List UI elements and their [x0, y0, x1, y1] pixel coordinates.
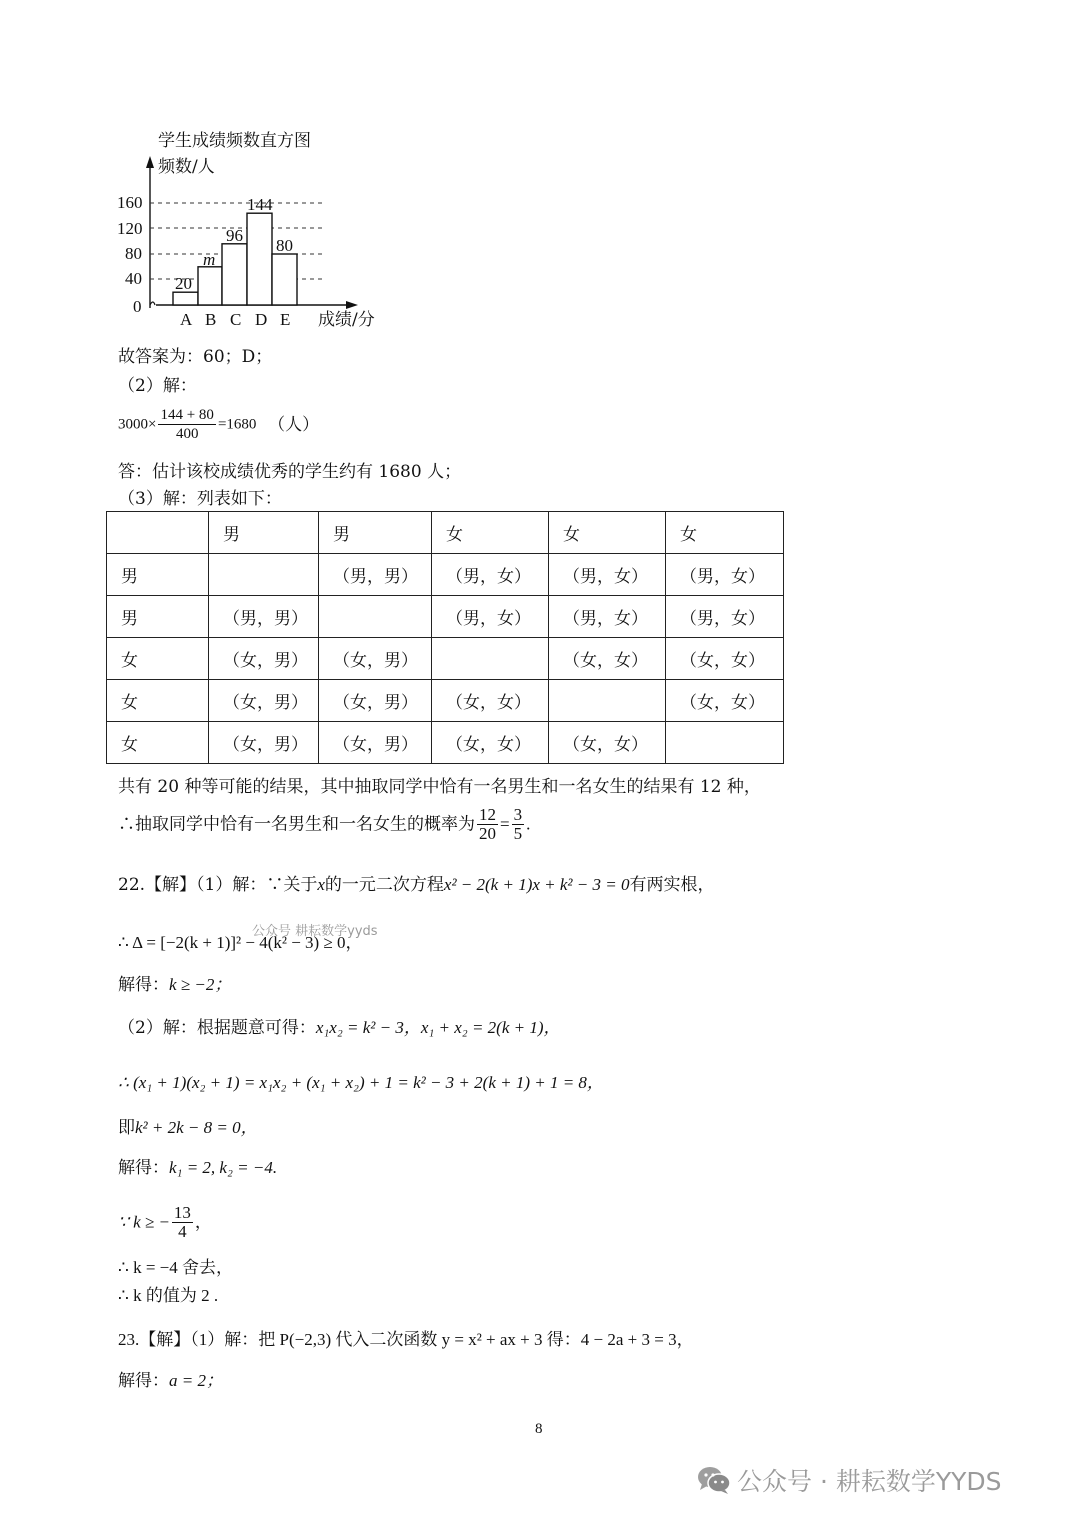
period: .: [526, 815, 530, 834]
fraction: 35: [512, 806, 525, 843]
table-cell: [432, 638, 549, 680]
x-tick-d: D: [255, 310, 267, 330]
solve-label: 解得：: [118, 1371, 169, 1391]
x-tick-b: B: [205, 310, 216, 330]
fraction: 1220: [477, 806, 498, 843]
table-header-row: 男 男 女 女 女: [107, 512, 784, 554]
y-tick-0: 0: [133, 297, 142, 317]
footer-watermark: 公众号 · 耕耘数学YYDS: [697, 1462, 1002, 1498]
x-axis-label: 成绩/分: [318, 310, 375, 330]
q23-heading: 23.【解】（1）解：把 P(−2,3) 代入二次函数 y = x² + ax …: [118, 1330, 694, 1350]
histogram-chart: [100, 150, 400, 335]
table-row: 女 （女，男） （女，男） （女，女） （女，女）: [107, 722, 784, 764]
formula-prefix: 3000×: [118, 417, 156, 433]
bar-label-a: 20: [175, 274, 192, 294]
table-row: 男 （男，男） （男，女） （男，女） （男，女）: [107, 596, 784, 638]
table-cell: 女: [432, 512, 549, 554]
fraction-numerator: 13: [172, 1204, 193, 1223]
q22-delta: ∴ Δ = [−2(k + 1)]² − 4(k² − 3) ≥ 0，: [118, 933, 363, 953]
part2-formula: 3000×144 + 80400=1680 （人）: [118, 406, 319, 443]
table-cell: [209, 554, 319, 596]
part2-conclusion: 答：估计该校成绩优秀的学生约有 1680 人；: [118, 462, 461, 482]
outcome-table: 男 男 女 女 女 男 （男，男） （男，女） （男，女） （男，女） 男 （男…: [106, 511, 784, 764]
solve-value: k ≥ −2；: [169, 975, 231, 994]
y-tick-160: 160: [117, 193, 143, 213]
table-cell: 男: [319, 512, 432, 554]
table-cell: （女，男）: [319, 680, 432, 722]
table-cell: 女: [107, 722, 209, 764]
table-cell: （男，男）: [319, 554, 432, 596]
bar-label-e: 80: [276, 236, 293, 256]
part3-probability: ∴抽取同学中恰有一名男生和一名女生的概率为1220=35.: [118, 806, 530, 843]
table-cell: （女，男）: [209, 638, 319, 680]
q22-ie: 即k² + 2k − 8 = 0，: [118, 1118, 258, 1138]
part3-label: （3）解：列表如下：: [118, 489, 282, 509]
page-number: 8: [535, 1419, 543, 1439]
table-cell: （女，女）: [432, 722, 549, 764]
part2-label: （2）解：根据题意可得：: [118, 1018, 316, 1038]
table-row: 女 （女，男） （女，男） （女，女） （女，女）: [107, 638, 784, 680]
x-tick-a: A: [180, 310, 192, 330]
q22-equation: x² − 2(k + 1)x + k² − 3 = 0: [444, 875, 630, 894]
part2-label: （2）解：: [118, 376, 197, 396]
wechat-icon: [697, 1465, 731, 1495]
solve-label: 解得：: [118, 975, 169, 995]
table-cell: [549, 680, 666, 722]
table-cell: 男: [209, 512, 319, 554]
table-row: 男 （男，男） （男，女） （男，女） （男，女）: [107, 554, 784, 596]
q22-final: ∴ k 的值为 2 .: [118, 1286, 218, 1306]
table-cell: （男，女）: [549, 596, 666, 638]
table-cell: （女，男）: [209, 722, 319, 764]
q22-heading-mid: 的一元二次方程: [325, 875, 444, 895]
fraction-numerator: 144 + 80: [158, 406, 215, 425]
q22-reject: ∴ k = −4 舍去，: [118, 1258, 233, 1278]
equals-sign: =: [500, 815, 510, 834]
formula-unit: （人）: [268, 415, 319, 435]
ie-label: 即: [118, 1118, 135, 1138]
ie-equation: k² + 2k − 8 = 0，: [135, 1118, 258, 1137]
table-cell: 女: [666, 512, 784, 554]
table-cell: [319, 596, 432, 638]
q22-solve1: 解得：k ≥ −2；: [118, 975, 231, 995]
table-cell: （女，女）: [549, 722, 666, 764]
q23-solve: 解得：a = 2；: [118, 1371, 223, 1391]
table-row: 女 （女，男） （女，男） （女，女） （女，女）: [107, 680, 784, 722]
bar-label-c: 96: [226, 226, 243, 246]
table-cell: （女，男）: [319, 722, 432, 764]
table-cell: （男，女）: [432, 554, 549, 596]
q22-part2: （2）解：根据题意可得：x₁x₂ = k² − 3，x₁ + x₂ = 2(k …: [118, 1018, 561, 1038]
q22-expand: ∴ (x₁ + 1)(x₂ + 1) = x₁x₂ + (x₁ + x₂) + …: [118, 1073, 604, 1093]
chart-title: 学生成绩频数直方图: [158, 126, 311, 151]
x-tick-c: C: [230, 310, 241, 330]
part2-equation: x₁x₂ = k² − 3，x₁ + x₂ = 2(k + 1)，: [316, 1018, 561, 1037]
q22-var-x: x: [317, 875, 325, 894]
solve-label: 解得：: [118, 1158, 169, 1178]
q22-since: ∵ k ≥ −134，: [118, 1204, 212, 1241]
x-tick-e: E: [280, 310, 290, 330]
fraction-denominator: 400: [158, 425, 215, 443]
fraction-denominator: 4: [172, 1223, 193, 1241]
table-cell: （女，女）: [432, 680, 549, 722]
bar-label-b: m: [203, 250, 215, 270]
probability-text: ∴抽取同学中恰有一名男生和一名女生的概率为: [118, 815, 475, 835]
fraction-denominator: 20: [477, 825, 498, 843]
table-cell: [666, 722, 784, 764]
table-cell: （男，女）: [549, 554, 666, 596]
table-cell: （女，男）: [319, 638, 432, 680]
table-cell: 男: [107, 596, 209, 638]
fraction-denominator: 5: [512, 825, 525, 843]
fraction-numerator: 12: [477, 806, 498, 825]
footer-watermark-text: 公众号 · 耕耘数学YYDS: [737, 1462, 1002, 1498]
since-prefix: ∵ k ≥ −: [118, 1213, 170, 1232]
table-cell: （男，女）: [432, 596, 549, 638]
part3-summary: 共有 20 种等可能的结果，其中抽取同学中恰有一名男生和一名女生的结果有 12 …: [118, 777, 761, 797]
fraction-numerator: 3: [512, 806, 525, 825]
y-tick-80: 80: [125, 244, 142, 264]
table-cell: 男: [107, 554, 209, 596]
q22-solve2: 解得：k₁ = 2, k₂ = −4.: [118, 1158, 277, 1178]
table-cell: （男，男）: [209, 596, 319, 638]
table-cell: [107, 512, 209, 554]
solve-value: k₁ = 2, k₂ = −4.: [169, 1158, 277, 1177]
since-suffix: ，: [195, 1213, 212, 1232]
table-cell: （女，男）: [209, 680, 319, 722]
q22-heading-end: 有两实根，: [629, 875, 714, 895]
y-tick-40: 40: [125, 269, 142, 289]
table-cell: 女: [549, 512, 666, 554]
y-tick-120: 120: [117, 219, 143, 239]
formula-suffix: =1680: [218, 417, 256, 433]
table-cell: 女: [107, 680, 209, 722]
bar-label-d: 144: [247, 195, 273, 215]
table-cell: （女，女）: [666, 638, 784, 680]
table-cell: （女，女）: [549, 638, 666, 680]
q22-heading-text: 22.【解】（1）解：∵关于: [118, 875, 317, 895]
fraction: 134: [172, 1204, 193, 1241]
y-axis-label: 频数/人: [158, 157, 215, 177]
table-cell: 女: [107, 638, 209, 680]
solve-value: a = 2；: [169, 1371, 223, 1390]
table-cell: （男，女）: [666, 554, 784, 596]
table-cell: （男，女）: [666, 596, 784, 638]
table-cell: （女，女）: [666, 680, 784, 722]
fraction: 144 + 80400: [158, 406, 215, 443]
q22-heading: 22.【解】（1）解：∵关于x的一元二次方程x² − 2(k + 1)x + k…: [118, 875, 714, 895]
answer-part1: 故答案为：60；D；: [118, 347, 272, 367]
